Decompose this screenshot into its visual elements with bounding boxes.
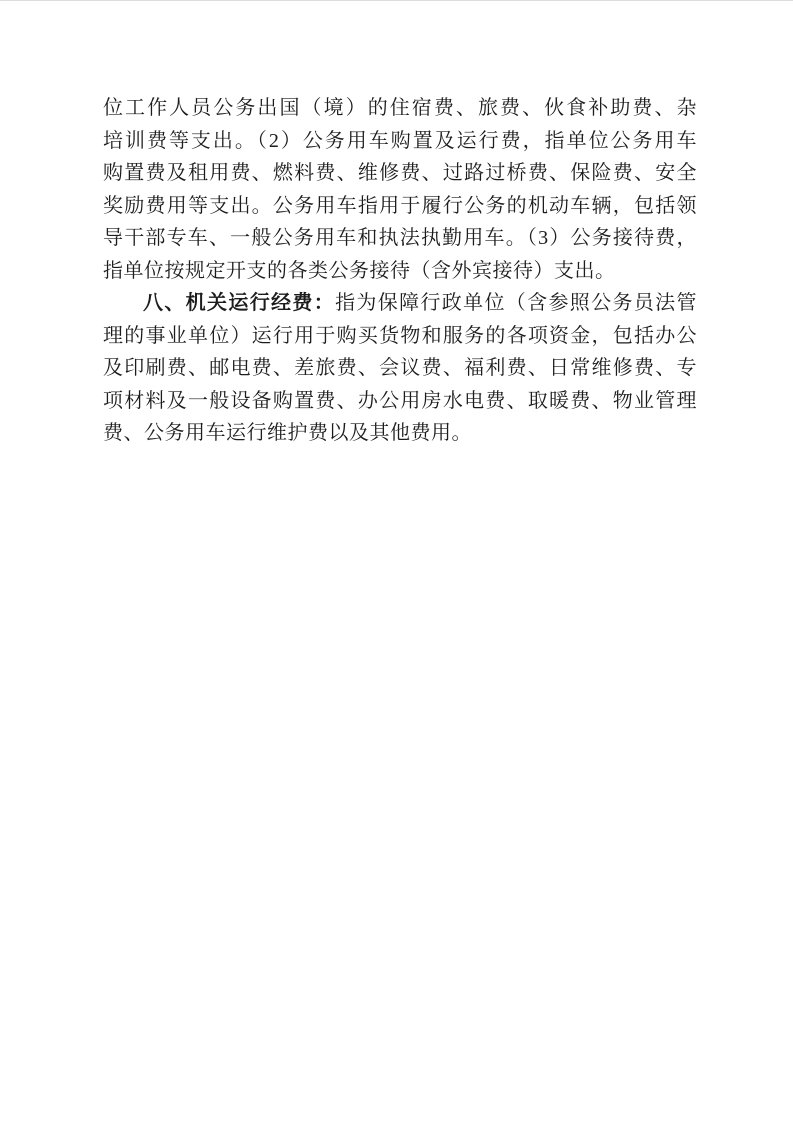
text-line-section-heading: 八、机关运行经费：指为保障行政单位（含参照公务员法管 xyxy=(103,287,697,320)
line-text: 奖励费用等支出。公务用车指用于履行公务的机动车辆，包括领 xyxy=(103,195,697,217)
line-text: 指单位按规定开支的各类公务接待（含外宾接待）支出。 xyxy=(103,260,616,282)
text-line: 位工作人员公务出国（境）的住宿费、旅费、伙食补助费、杂费、 xyxy=(103,92,697,125)
line-text: 培训费等支出。（2）公务用车购置及运行费，指单位公务用车 xyxy=(103,130,697,152)
text-line: 及印刷费、邮电费、差旅费、会议费、福利费、日常维修费、专 xyxy=(103,352,697,385)
text-line: 理的事业单位）运行用于购买货物和服务的各项资金，包括办公 xyxy=(103,320,697,353)
text-line: 费、公务用车运行维护费以及其他费用。 xyxy=(103,417,697,450)
line-text: 购置费及租用费、燃料费、维修费、过路过桥费、保险费、安全 xyxy=(103,162,697,184)
line-text: 理的事业单位）运行用于购买货物和服务的各项资金，包括办公 xyxy=(103,325,697,347)
text-line: 培训费等支出。（2）公务用车购置及运行费，指单位公务用车 xyxy=(103,125,697,158)
text-line: 购置费及租用费、燃料费、维修费、过路过桥费、保险费、安全 xyxy=(103,157,697,190)
page-top-edge xyxy=(0,0,793,1)
text-line: 项材料及一般设备购置费、办公用房水电费、取暖费、物业管理 xyxy=(103,385,697,418)
document-text-block: 位工作人员公务出国（境）的住宿费、旅费、伙食补助费、杂费、 培训费等支出。（2）… xyxy=(103,92,697,450)
text-line: 指单位按规定开支的各类公务接待（含外宾接待）支出。 xyxy=(103,255,697,288)
line-text: 位工作人员公务出国（境）的住宿费、旅费、伙食补助费、杂费、 xyxy=(103,97,697,125)
line-text: 导干部专车、一般公务用车和执法执勤用车。（3）公务接待费， xyxy=(103,227,697,249)
line-text: 费、公务用车运行维护费以及其他费用。 xyxy=(103,422,472,444)
line-text: 项材料及一般设备购置费、办公用房水电费、取暖费、物业管理 xyxy=(103,390,697,412)
line-text: 及印刷费、邮电费、差旅费、会议费、福利费、日常维修费、专 xyxy=(103,357,697,379)
line-text: 指为保障行政单位（含参照公务员法管 xyxy=(335,292,697,314)
section-heading-bold: 八、机关运行经费： xyxy=(143,292,335,314)
text-line: 导干部专车、一般公务用车和执法执勤用车。（3）公务接待费， xyxy=(103,222,697,255)
text-line: 奖励费用等支出。公务用车指用于履行公务的机动车辆，包括领 xyxy=(103,190,697,223)
document-page: 位工作人员公务出国（境）的住宿费、旅费、伙食补助费、杂费、 培训费等支出。（2）… xyxy=(0,0,793,1122)
